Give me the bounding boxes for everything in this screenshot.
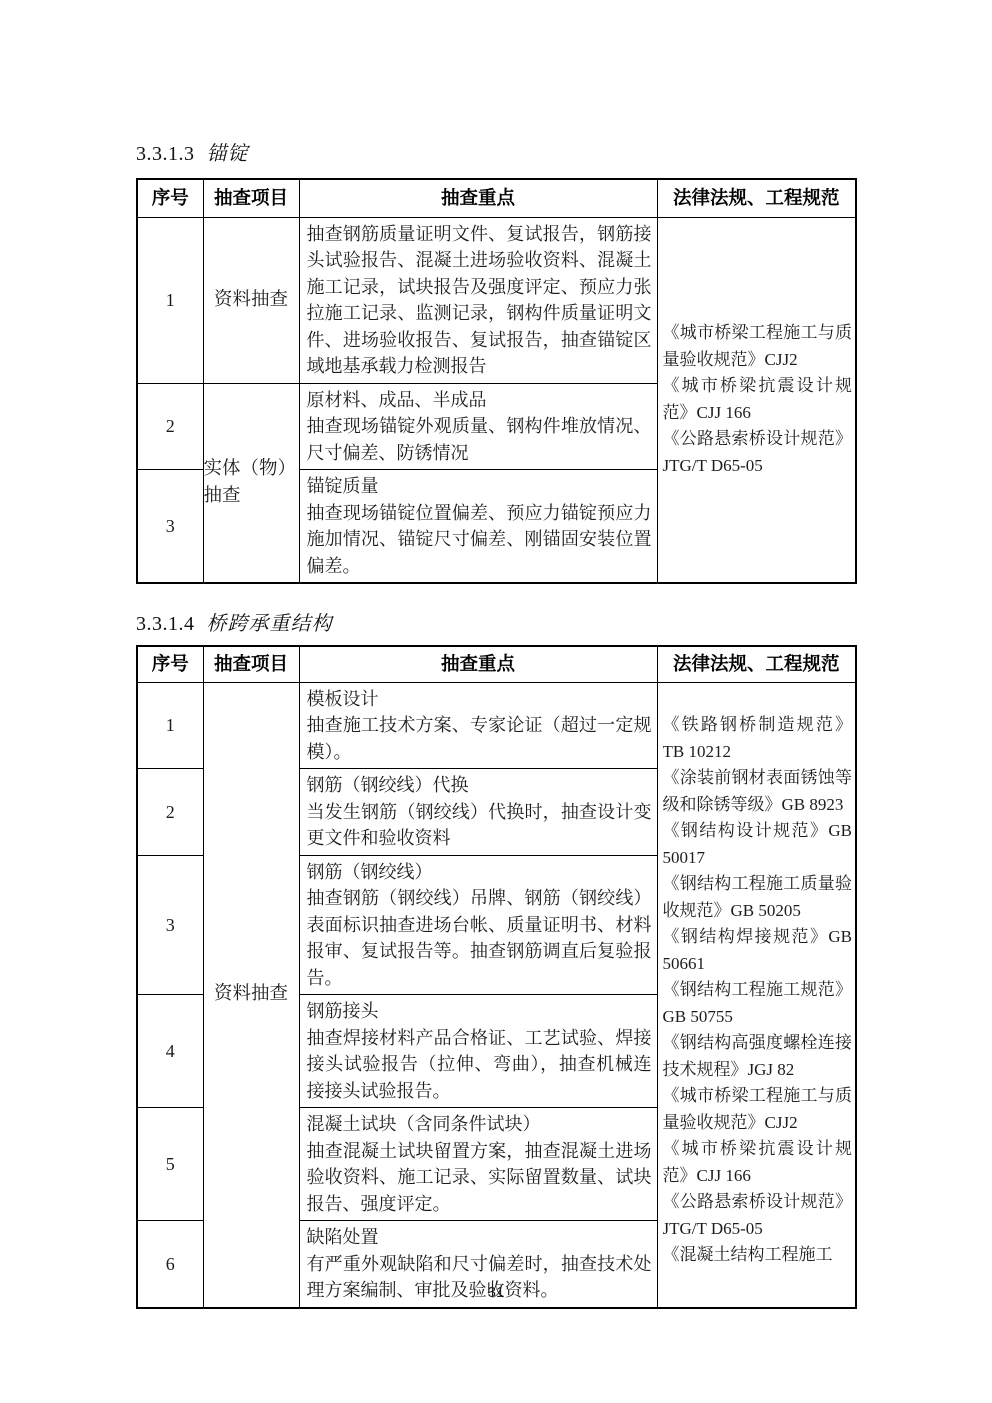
item-cell: 资料抽查 — [203, 682, 299, 1308]
regulations-cell: 《城市桥梁工程施工与质量验收规范》CJJ2 《城市桥梁抗震设计规范》CJJ 16… — [657, 217, 856, 583]
serial-cell: 2 — [137, 769, 203, 856]
serial-cell: 3 — [137, 470, 203, 584]
focus-cell: 混凝土试块（含同条件试块） 抽查混凝土试块留置方案，抽查混凝土进场验收资料、施工… — [299, 1108, 657, 1221]
header-regulations: 法律法规、工程规范 — [657, 646, 856, 682]
header-regulations: 法律法规、工程规范 — [657, 179, 856, 217]
table-row: 1 资料抽查 模板设计 抽查施工技术方案、专家论证（超过一定规模）。 《铁路钢桥… — [137, 682, 856, 769]
focus-cell: 钢筋接头 抽查焊接材料产品合格证、工艺试验、焊接接头试验报告（拉伸、弯曲），抽查… — [299, 995, 657, 1108]
table-row: 1 资料抽查 抽查钢筋质量证明文件、复试报告，钢筋接头试验报告、混凝土进场验收资… — [137, 217, 856, 383]
table-header-row: 序号 抽查项目 抽查重点 法律法规、工程规范 — [137, 646, 856, 682]
header-item: 抽查项目 — [203, 179, 299, 217]
serial-cell: 4 — [137, 995, 203, 1108]
serial-cell: 1 — [137, 682, 203, 769]
focus-cell: 抽查钢筋质量证明文件、复试报告，钢筋接头试验报告、混凝土进场验收资料、混凝土施工… — [299, 217, 657, 383]
section-heading-bridge-span: 3.3.1.4桥跨承重结构 — [136, 612, 856, 636]
section-title: 锚锭 — [207, 143, 249, 165]
section-number: 3.3.1.3 — [136, 143, 195, 165]
document-page: 3.3.1.3锚锭 序号 抽查项目 抽查重点 法律法规、工程规范 1 资料抽查 … — [0, 0, 992, 1403]
page-content: 3.3.1.3锚锭 序号 抽查项目 抽查重点 法律法规、工程规范 1 资料抽查 … — [136, 142, 856, 1309]
header-serial: 序号 — [137, 646, 203, 682]
section-title: 桥跨承重结构 — [207, 613, 333, 635]
header-serial: 序号 — [137, 179, 203, 217]
regulations-cell: 《铁路钢桥制造规范》TB 10212 《涂装前钢材表面锈蚀等级和除锈等级》GB … — [657, 682, 856, 1308]
serial-cell: 5 — [137, 1108, 203, 1221]
bridge-span-inspection-table: 序号 抽查项目 抽查重点 法律法规、工程规范 1 资料抽查 模板设计 抽查施工技… — [136, 645, 857, 1309]
item-cell: 资料抽查 — [203, 217, 299, 383]
serial-cell: 1 — [137, 217, 203, 383]
header-focus: 抽查重点 — [299, 646, 657, 682]
section-number: 3.3.1.4 — [136, 613, 195, 635]
serial-cell: 3 — [137, 855, 203, 995]
item-cell: 实体（物）抽查 — [203, 383, 299, 583]
regulations-text: 《铁路钢桥制造规范》TB 10212 《涂装前钢材表面锈蚀等级和除锈等级》GB … — [663, 712, 853, 1269]
table-header-row: 序号 抽查项目 抽查重点 法律法规、工程规范 — [137, 179, 856, 217]
focus-cell: 锚锭质量 抽查现场锚锭位置偏差、预应力锚锭预应力施加情况、锚锭尺寸偏差、刚锚固安… — [299, 470, 657, 584]
focus-cell: 原材料、成品、半成品 抽查现场锚锭外观质量、钢构件堆放情况、尺寸偏差、防锈情况 — [299, 383, 657, 470]
section-heading-anchorage: 3.3.1.3锚锭 — [136, 142, 856, 166]
focus-cell: 钢筋（钢绞线） 抽查钢筋（钢绞线）吊牌、钢筋（钢绞线）表面标识抽查进场台帐、质量… — [299, 855, 657, 995]
focus-cell: 钢筋（钢绞线）代换 当发生钢筋（钢绞线）代换时，抽查设计变更文件和验收资料 — [299, 769, 657, 856]
anchorage-inspection-table: 序号 抽查项目 抽查重点 法律法规、工程规范 1 资料抽查 抽查钢筋质量证明文件… — [136, 178, 857, 584]
header-item: 抽查项目 — [203, 646, 299, 682]
page-number: 31 — [0, 1284, 992, 1301]
serial-cell: 2 — [137, 383, 203, 470]
focus-cell: 模板设计 抽查施工技术方案、专家论证（超过一定规模）。 — [299, 682, 657, 769]
header-focus: 抽查重点 — [299, 179, 657, 217]
